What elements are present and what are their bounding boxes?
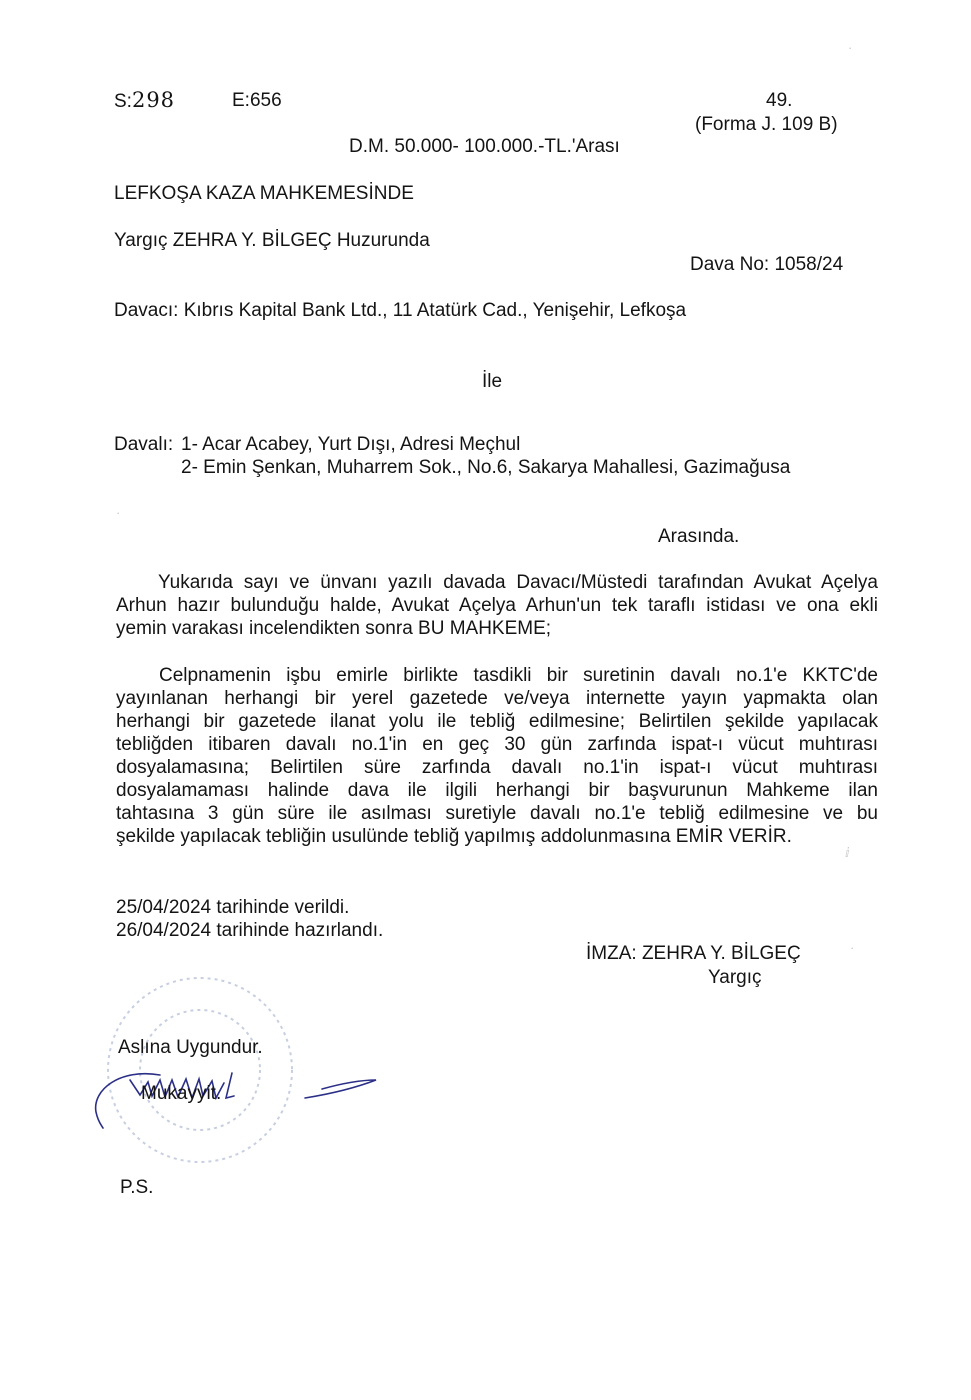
ps-initials: P.S.: [120, 1176, 153, 1199]
paragraph-line: yemin varakası incelendikten sonra BU MA…: [116, 617, 878, 640]
defendant-1: 1- Acar Acabey, Yurt Dışı, Adresi Meçhul: [181, 433, 520, 456]
plaintiff: Davacı: Kıbrıs Kapital Bank Ltd., 11 Ata…: [114, 299, 686, 322]
paragraph-line: Arhun hazır bulunduğu halde, Avukat Açel…: [116, 594, 878, 617]
paragraph-line: tahtasına 3 gün süre ile asılması sureti…: [116, 802, 878, 825]
page-number: 49.: [766, 89, 792, 112]
issued-date: 25/04/2024 tarihinde verildi.: [116, 896, 349, 919]
order-paragraph: Celpnamenin işbu emirle birlikte tasdikl…: [116, 664, 878, 848]
court-stamp-icon: [108, 978, 292, 1162]
serial-prefix: S:: [114, 91, 132, 112]
scan-artifact: ·: [850, 940, 854, 955]
scan-artifact: ·: [848, 40, 852, 55]
paragraph-line: şekilde yapılacak tebliğin usulünde tebl…: [116, 825, 878, 848]
registrar-label: Mukayyit.: [141, 1082, 221, 1105]
defendant-label: Davalı:: [114, 433, 173, 456]
amount-range: D.M. 50.000- 100.000.-TL.'Arası: [349, 135, 620, 158]
court-name: LEFKOŞA KAZA MAHKEMESİNDE: [114, 182, 414, 205]
scan-artifact: ⅈ: [845, 845, 850, 861]
serial-number: S:298: [114, 89, 175, 113]
handwritten-signature-icon: [96, 1073, 376, 1128]
between-label: Arasında.: [658, 525, 739, 548]
conjunction: İle: [482, 370, 502, 393]
file-number: E:656: [232, 89, 282, 112]
paragraph-line: dosyalamaması halinde dava ile ilgili he…: [116, 779, 878, 802]
paragraph-line: herhangi bir gazetede ilanat yolu ile te…: [116, 710, 878, 733]
judge-title: Yargıç: [708, 966, 762, 989]
prepared-date: 26/04/2024 tarihinde hazırlandı.: [116, 919, 383, 942]
paragraph-line: yayınlanan herhangi bir yerel gazetede v…: [116, 687, 878, 710]
paragraph-line: tebliğden itibaren davalı no.1'in en geç…: [116, 733, 878, 756]
signature-line: İMZA: ZEHRA Y. BİLGEÇ: [586, 942, 801, 965]
true-copy-label: Aslına Uygundur.: [118, 1036, 263, 1059]
paragraph-line: dosyalamasına; Belirtilen süre zarfında …: [116, 756, 878, 779]
preamble-paragraph: Yukarıda sayı ve ünvanı yazılı davada Da…: [116, 571, 878, 640]
case-number: Dava No: 1058/24: [690, 253, 843, 276]
form-reference: (Forma J. 109 B): [695, 113, 838, 136]
serial-handwritten: 298: [132, 88, 175, 112]
paragraph-line: Celpnamenin işbu emirle birlikte tasdikl…: [116, 664, 878, 687]
paragraph-line: Yukarıda sayı ve ünvanı yazılı davada Da…: [116, 571, 878, 594]
defendant-2: 2- Emin Şenkan, Muharrem Sok., No.6, Sak…: [181, 456, 790, 479]
scan-artifact: ·: [116, 505, 120, 520]
judge-line: Yargıç ZEHRA Y. BİLGEÇ Huzurunda: [114, 229, 430, 252]
